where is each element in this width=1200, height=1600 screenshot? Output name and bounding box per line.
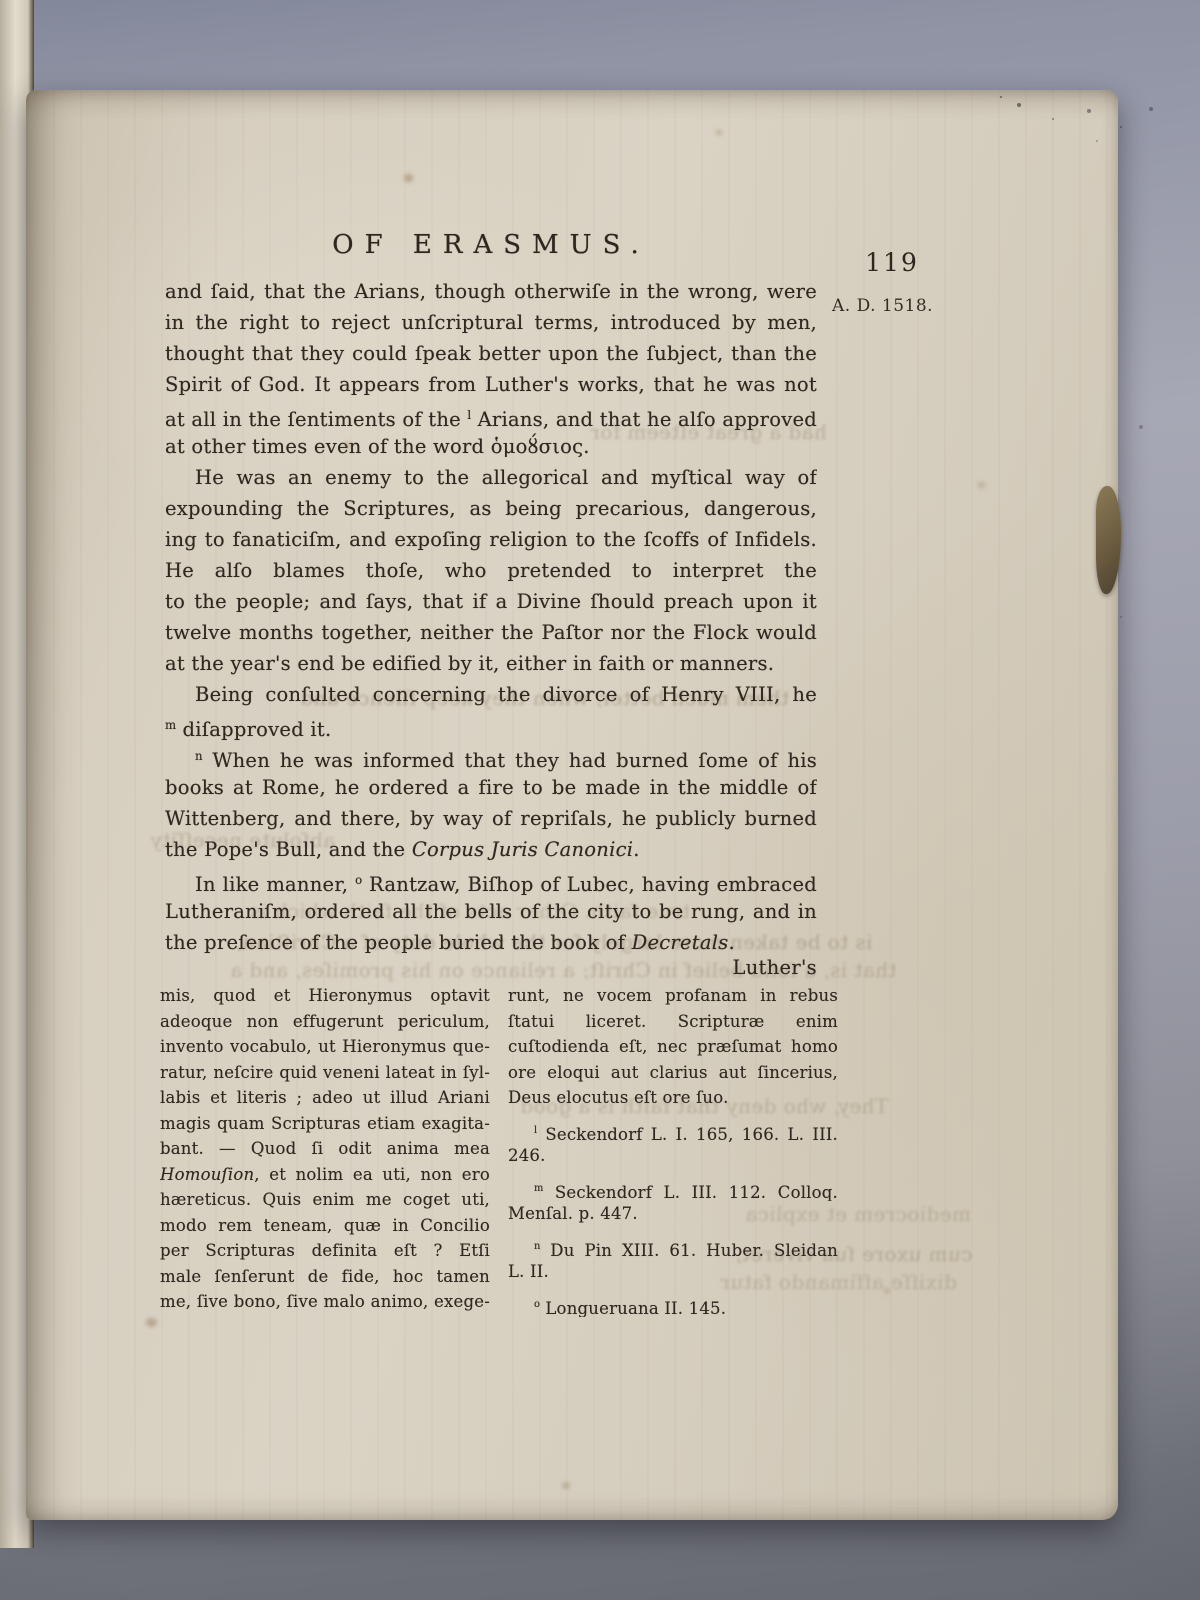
footnote-item: n Du Pin XIII. 61. Huber. SleidanL. II. xyxy=(508,1234,838,1285)
text-line: the Pope's Bull, and the Corpus Juris Ca… xyxy=(165,834,817,865)
text-line: Lutheraniſm, ordered all the bells of th… xyxy=(165,896,817,927)
footnote-line: me, ſive bono, ſive malo animo, exege- xyxy=(160,1289,490,1315)
foxing-spot xyxy=(146,1318,157,1327)
text-line: In like manner, o Rantzaw, Biſhop of Lub… xyxy=(165,865,817,896)
footnote-line: L. II. xyxy=(508,1259,838,1285)
footnote-line: Homouſion, et nolim ea uti, non ero xyxy=(160,1162,490,1188)
footnote-line: Menſal. p. 447. xyxy=(508,1201,838,1227)
footnote-line: m Seckendorf L. III. 112. Colloq. xyxy=(508,1176,838,1202)
text-line: the preſence of the people buried the bo… xyxy=(165,927,817,958)
footnote-line: modo rem teneam, quæ in Concilio xyxy=(160,1213,490,1239)
text-line: thought that they could ſpeak better upo… xyxy=(165,338,817,369)
text-line: and ſaid, that the Arians, though otherw… xyxy=(165,276,817,307)
foxing-spot xyxy=(562,1482,570,1489)
footnote-line: l Seckendorf L. I. 165, 166. L. III. xyxy=(508,1118,838,1144)
text-line: Spirit of God. It appears from Luther's … xyxy=(165,369,817,400)
text-line: at the year's end be edified by it, eith… xyxy=(165,648,817,679)
footnote-line: per Scripturas definita eſt ? Etſi Arian… xyxy=(160,1238,490,1264)
footnote-line: hæreticus. Quis enim me coget uti, xyxy=(160,1187,490,1213)
text-line: twelve months together, neither the Paſt… xyxy=(165,617,817,648)
footnote-line: 246. xyxy=(508,1143,838,1169)
footnote-line: o Longueruana II. 145. xyxy=(508,1292,838,1318)
text-line: He alſo blames thoſe, who pretended to i… xyxy=(165,555,817,586)
book-page: had a great eſteem forthem much better, … xyxy=(26,90,1118,1520)
footnote-line: ſtatui liceret. Scripturæ enim ſincerita… xyxy=(508,1009,838,1035)
footnote-column-left: mis, quod et Hieronymus optavit aboleri … xyxy=(160,983,490,1315)
text-line: at all in the ſentiments of the l Arians… xyxy=(165,400,817,431)
footnote-column-right: runt, ne vocem profanam in rebus fideiſt… xyxy=(508,983,838,1324)
footnote-line: magis quam Scripturas etiam exagita- xyxy=(160,1111,490,1137)
catchword: Luther's xyxy=(165,956,817,979)
footnote-line: ore eloqui aut clarius aut ſincerius, qu… xyxy=(508,1060,838,1086)
main-text-block: and ſaid, that the Arians, though otherw… xyxy=(165,276,817,958)
footnote-item: o Longueruana II. 145. xyxy=(508,1292,838,1318)
footnote-line: invento vocabulo, ut Hieronymus que- xyxy=(160,1034,490,1060)
text-line: m diſapproved it. xyxy=(165,710,817,741)
footnote-item: l Seckendorf L. I. 165, 166. L. III.246. xyxy=(508,1118,838,1169)
foxing-spot xyxy=(404,174,413,182)
text-line: expounding the Scriptures, as being prec… xyxy=(165,493,817,524)
foxing-spot xyxy=(884,1288,890,1294)
text-line: in the right to reject unſcriptural term… xyxy=(165,307,817,338)
foxing-spot xyxy=(716,130,722,135)
footnote-line: male ſenſerunt de fide, hoc tamen opti- xyxy=(160,1264,490,1290)
text-line: n When he was informed that they had bur… xyxy=(165,741,817,772)
footnote-item: runt, ne vocem profanam in rebus fideiſt… xyxy=(508,983,838,1111)
text-line: books at Rome, he ordered a fire to be m… xyxy=(165,772,817,803)
footnote-line: adeoque non effugerunt periculum, hoc xyxy=(160,1009,490,1035)
footnote-line: ratur, neſcire quid veneni lateat in ſyl… xyxy=(160,1060,490,1086)
footnote-line: runt, ne vocem profanam in rebus fidei xyxy=(508,983,838,1009)
footnote-line: labis et literis ; adeo ut illud Ariani xyxy=(160,1085,490,1111)
book-photograph: had a great eſteem forthem much better, … xyxy=(0,0,1200,1600)
margin-date-note: A. D. 1518. xyxy=(832,296,972,316)
footnote-item: m Seckendorf L. III. 112. Colloq.Menſal.… xyxy=(508,1176,838,1227)
footnote-line: bant. — Quod ſi odit anima mea vocem xyxy=(160,1136,490,1162)
foxing-spot xyxy=(344,442,351,448)
text-line: He was an enemy to the allegorical and m… xyxy=(165,462,817,493)
text-line: Wittenberg, and there, by way of repriſa… xyxy=(165,803,817,834)
page-number: 119 xyxy=(852,248,932,277)
running-header: OF ERASMUS. xyxy=(165,230,817,260)
footnote-line: Deus elocutus eſt ore ſuo. xyxy=(508,1085,838,1111)
text-line: to the people; and ſays, that if a Divin… xyxy=(165,586,817,617)
text-line: at other times even of the word ὁμοȣ́σιο… xyxy=(165,431,817,462)
footnote-line: mis, quod et Hieronymus optavit aboleri … xyxy=(160,983,490,1009)
footnote-line: n Du Pin XIII. 61. Huber. Sleidan xyxy=(508,1234,838,1260)
footnote-line: cuſtodienda eſt, nec præſumat homo ſuo xyxy=(508,1034,838,1060)
text-line: ing to fanaticiſm, and expoſing religion… xyxy=(165,524,817,555)
text-line: Being conſulted concerning the divorce o… xyxy=(165,679,817,710)
foxing-spot xyxy=(978,482,985,488)
dust-specks xyxy=(1000,96,1002,98)
